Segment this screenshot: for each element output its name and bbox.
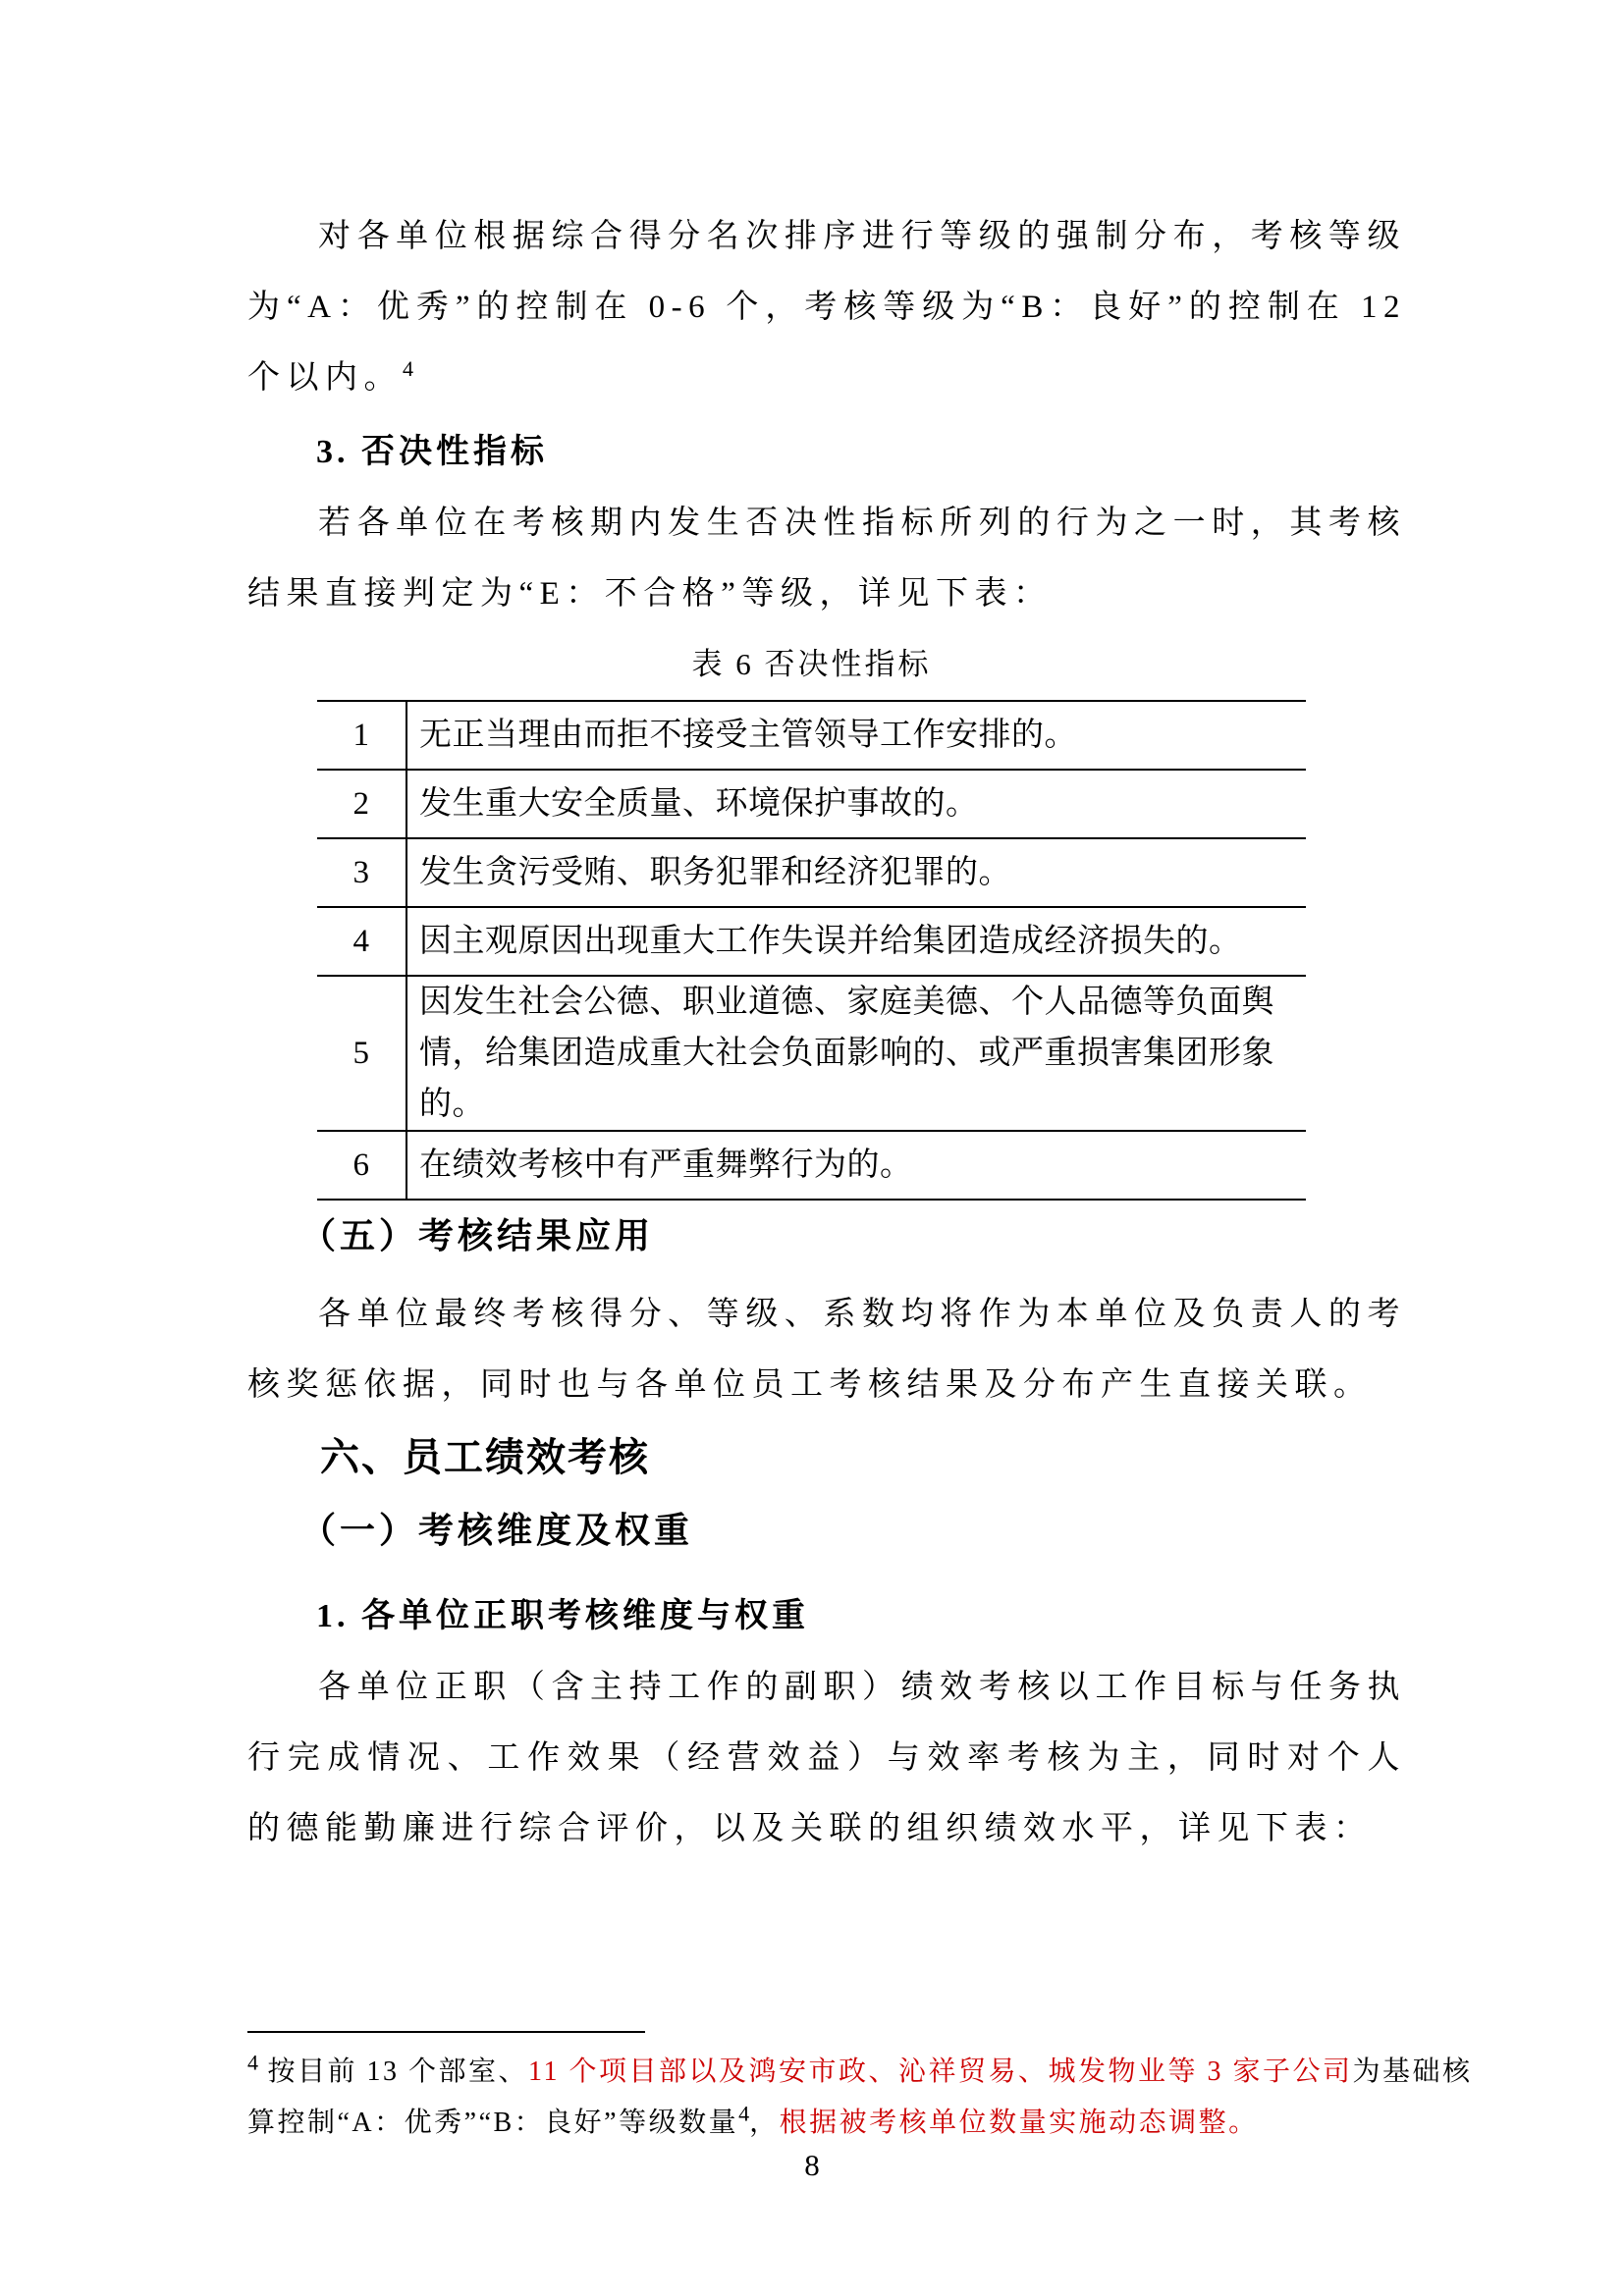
heading-result-application: （五）考核结果应用	[247, 1201, 1406, 1271]
document-page: 对各单位根据综合得分名次排序进行等级的强制分布，考核等级为“A：优秀”的控制在 …	[0, 0, 1624, 2296]
table-row: 2 发生重大安全质量、环境保护事故的。	[317, 770, 1306, 838]
footnote-line-1: 4 按目前 13 个部室、11 个项目部以及鸿安市政、沁祥贸易、城发物业等 3 …	[247, 2033, 1406, 2098]
row-number: 6	[317, 1131, 406, 1200]
heading-dimension-weight: （一）考核维度及权重	[247, 1495, 1406, 1566]
footnote-text-black: 算控制“A：优秀”“B：良好”等级数量	[247, 2108, 738, 2138]
veto-indicators-table: 1 无正当理由而拒不接受主管领导工作安排的。 2 发生重大安全质量、环境保护事故…	[317, 700, 1306, 1201]
row-number: 3	[317, 838, 406, 907]
row-text: 无正当理由而拒不接受主管领导工作安排的。	[406, 701, 1306, 770]
footnote-line-2: 算控制“A：优秀”“B：良好”等级数量4，根据被考核单位数量实施动态调整。	[247, 2098, 1406, 2149]
paragraph-principal-assessment: 各单位正职（含主持工作的副职）绩效考核以工作目标与任务执行完成情况、工作效果（经…	[247, 1652, 1406, 1864]
footnote-area: 4 按目前 13 个部室、11 个项目部以及鸿安市政、沁祥贸易、城发物业等 3 …	[247, 2031, 1406, 2149]
footnote-text-black: 按目前 13 个部室、	[268, 2056, 529, 2087]
table-row: 4 因主观原因出现重大工作失误并给集团造成经济损失的。	[317, 907, 1306, 976]
heading-staff-performance: 六、员工绩效考核	[247, 1420, 1406, 1495]
row-text: 因发生社会公德、职业道德、家庭美德、个人品德等负面舆情，给集团造成重大社会负面影…	[406, 976, 1306, 1131]
heading-veto-indicators: 3. 否决性指标	[247, 417, 1406, 488]
paragraph-grade-distribution: 对各单位根据综合得分名次排序进行等级的强制分布，考核等级为“A：优秀”的控制在 …	[247, 201, 1406, 413]
table-row: 6 在绩效考核中有严重舞弊行为的。	[317, 1131, 1306, 1200]
footnote-text-red: 根据被考核单位数量实施动态调整。	[780, 2108, 1259, 2138]
table-caption: 表 6 否决性指标	[317, 629, 1306, 700]
row-number: 4	[317, 907, 406, 976]
paragraph-veto-explanation: 若各单位在考核期内发生否决性指标所列的行为之一时，其考核结果直接判定为“E：不合…	[247, 488, 1406, 629]
row-number: 2	[317, 770, 406, 838]
page-content: 对各单位根据综合得分名次排序进行等级的强制分布，考核等级为“A：优秀”的控制在 …	[247, 0, 1406, 2149]
row-text: 因主观原因出现重大工作失误并给集团造成经济损失的。	[406, 907, 1306, 976]
footnote-inner-reference: 4	[738, 2102, 749, 2126]
row-number: 5	[317, 976, 406, 1131]
footnote-text-black: 为基础核	[1352, 2056, 1472, 2087]
paragraph-result-application: 各单位最终考核得分、等级、系数均将作为本单位及负责人的考核奖惩依据，同时也与各单…	[247, 1279, 1406, 1420]
table-row: 3 发生贪污受贿、职务犯罪和经济犯罪的。	[317, 838, 1306, 907]
row-text: 发生贪污受贿、职务犯罪和经济犯罪的。	[406, 838, 1306, 907]
paragraph-grade-distribution-text: 对各单位根据综合得分名次排序进行等级的强制分布，考核等级为“A：优秀”的控制在 …	[247, 219, 1406, 396]
footnote-text-red: 11 个项目部以及鸿安市政、沁祥贸易、城发物业等 3 家子公司	[528, 2056, 1352, 2087]
table-row: 1 无正当理由而拒不接受主管领导工作安排的。	[317, 701, 1306, 770]
row-number: 1	[317, 701, 406, 770]
row-text: 发生重大安全质量、环境保护事故的。	[406, 770, 1306, 838]
footnote-reference-4: 4	[403, 356, 413, 381]
footnote-marker: 4	[247, 2051, 258, 2075]
row-text: 在绩效考核中有严重舞弊行为的。	[406, 1131, 1306, 1200]
table-row: 5 因发生社会公德、职业道德、家庭美德、个人品德等负面舆情，给集团造成重大社会负…	[317, 976, 1306, 1131]
page-number: 8	[0, 2148, 1624, 2183]
heading-principal-dimension: 1. 各单位正职考核维度与权重	[247, 1581, 1406, 1652]
footnote-text-black: ，	[749, 2108, 780, 2138]
